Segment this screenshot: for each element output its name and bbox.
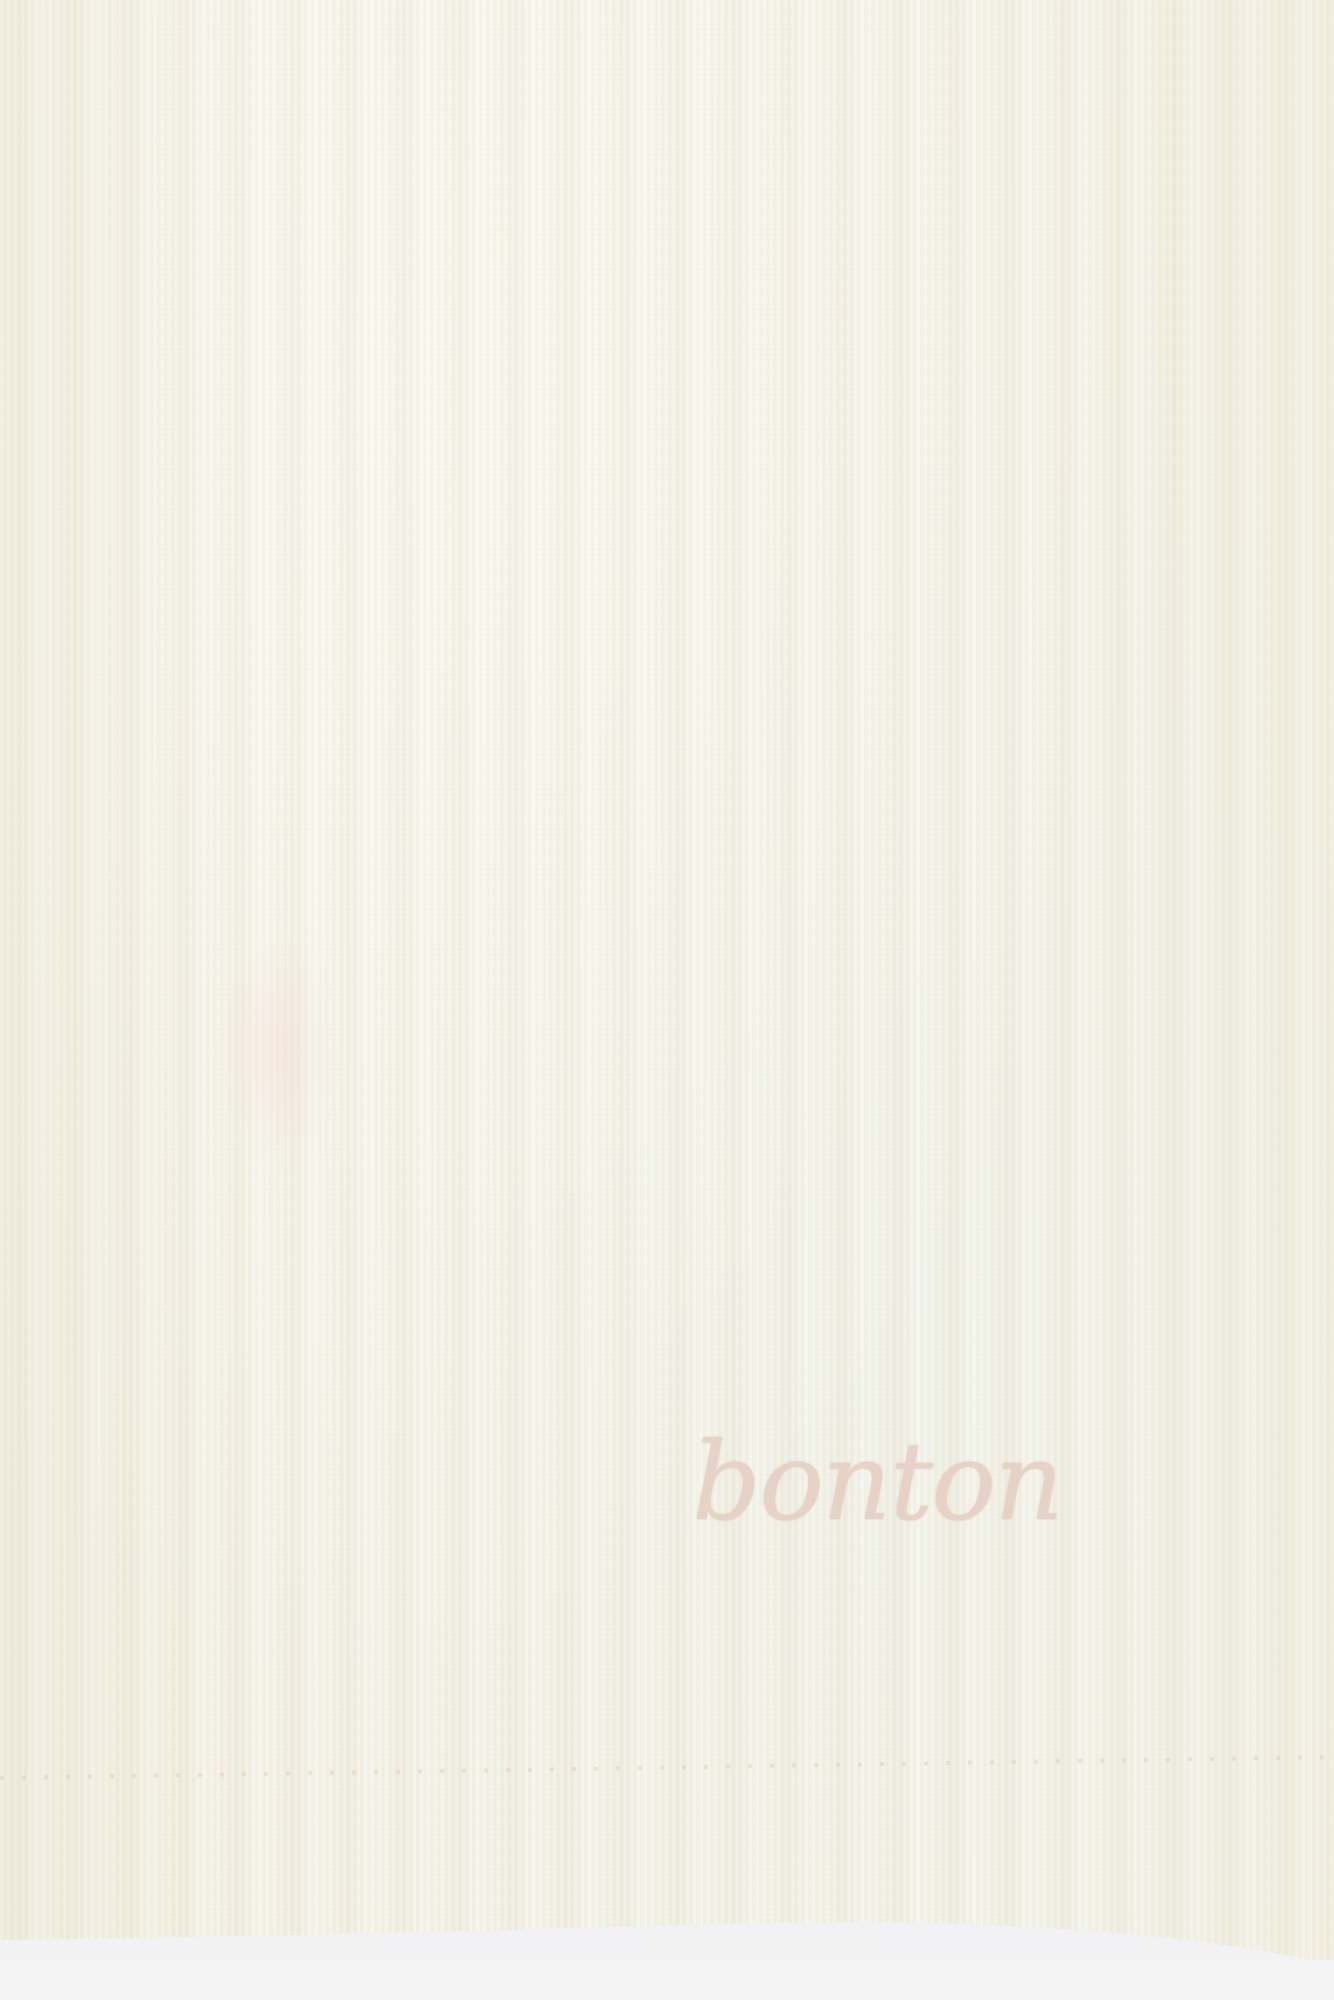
muslin-fabric: bonton: [0, 0, 1334, 1960]
faint-print-shadow: [220, 920, 340, 1180]
embroidered-brand-logo: bonton: [692, 1420, 1062, 1545]
fabric-shading: [0, 0, 1334, 1960]
